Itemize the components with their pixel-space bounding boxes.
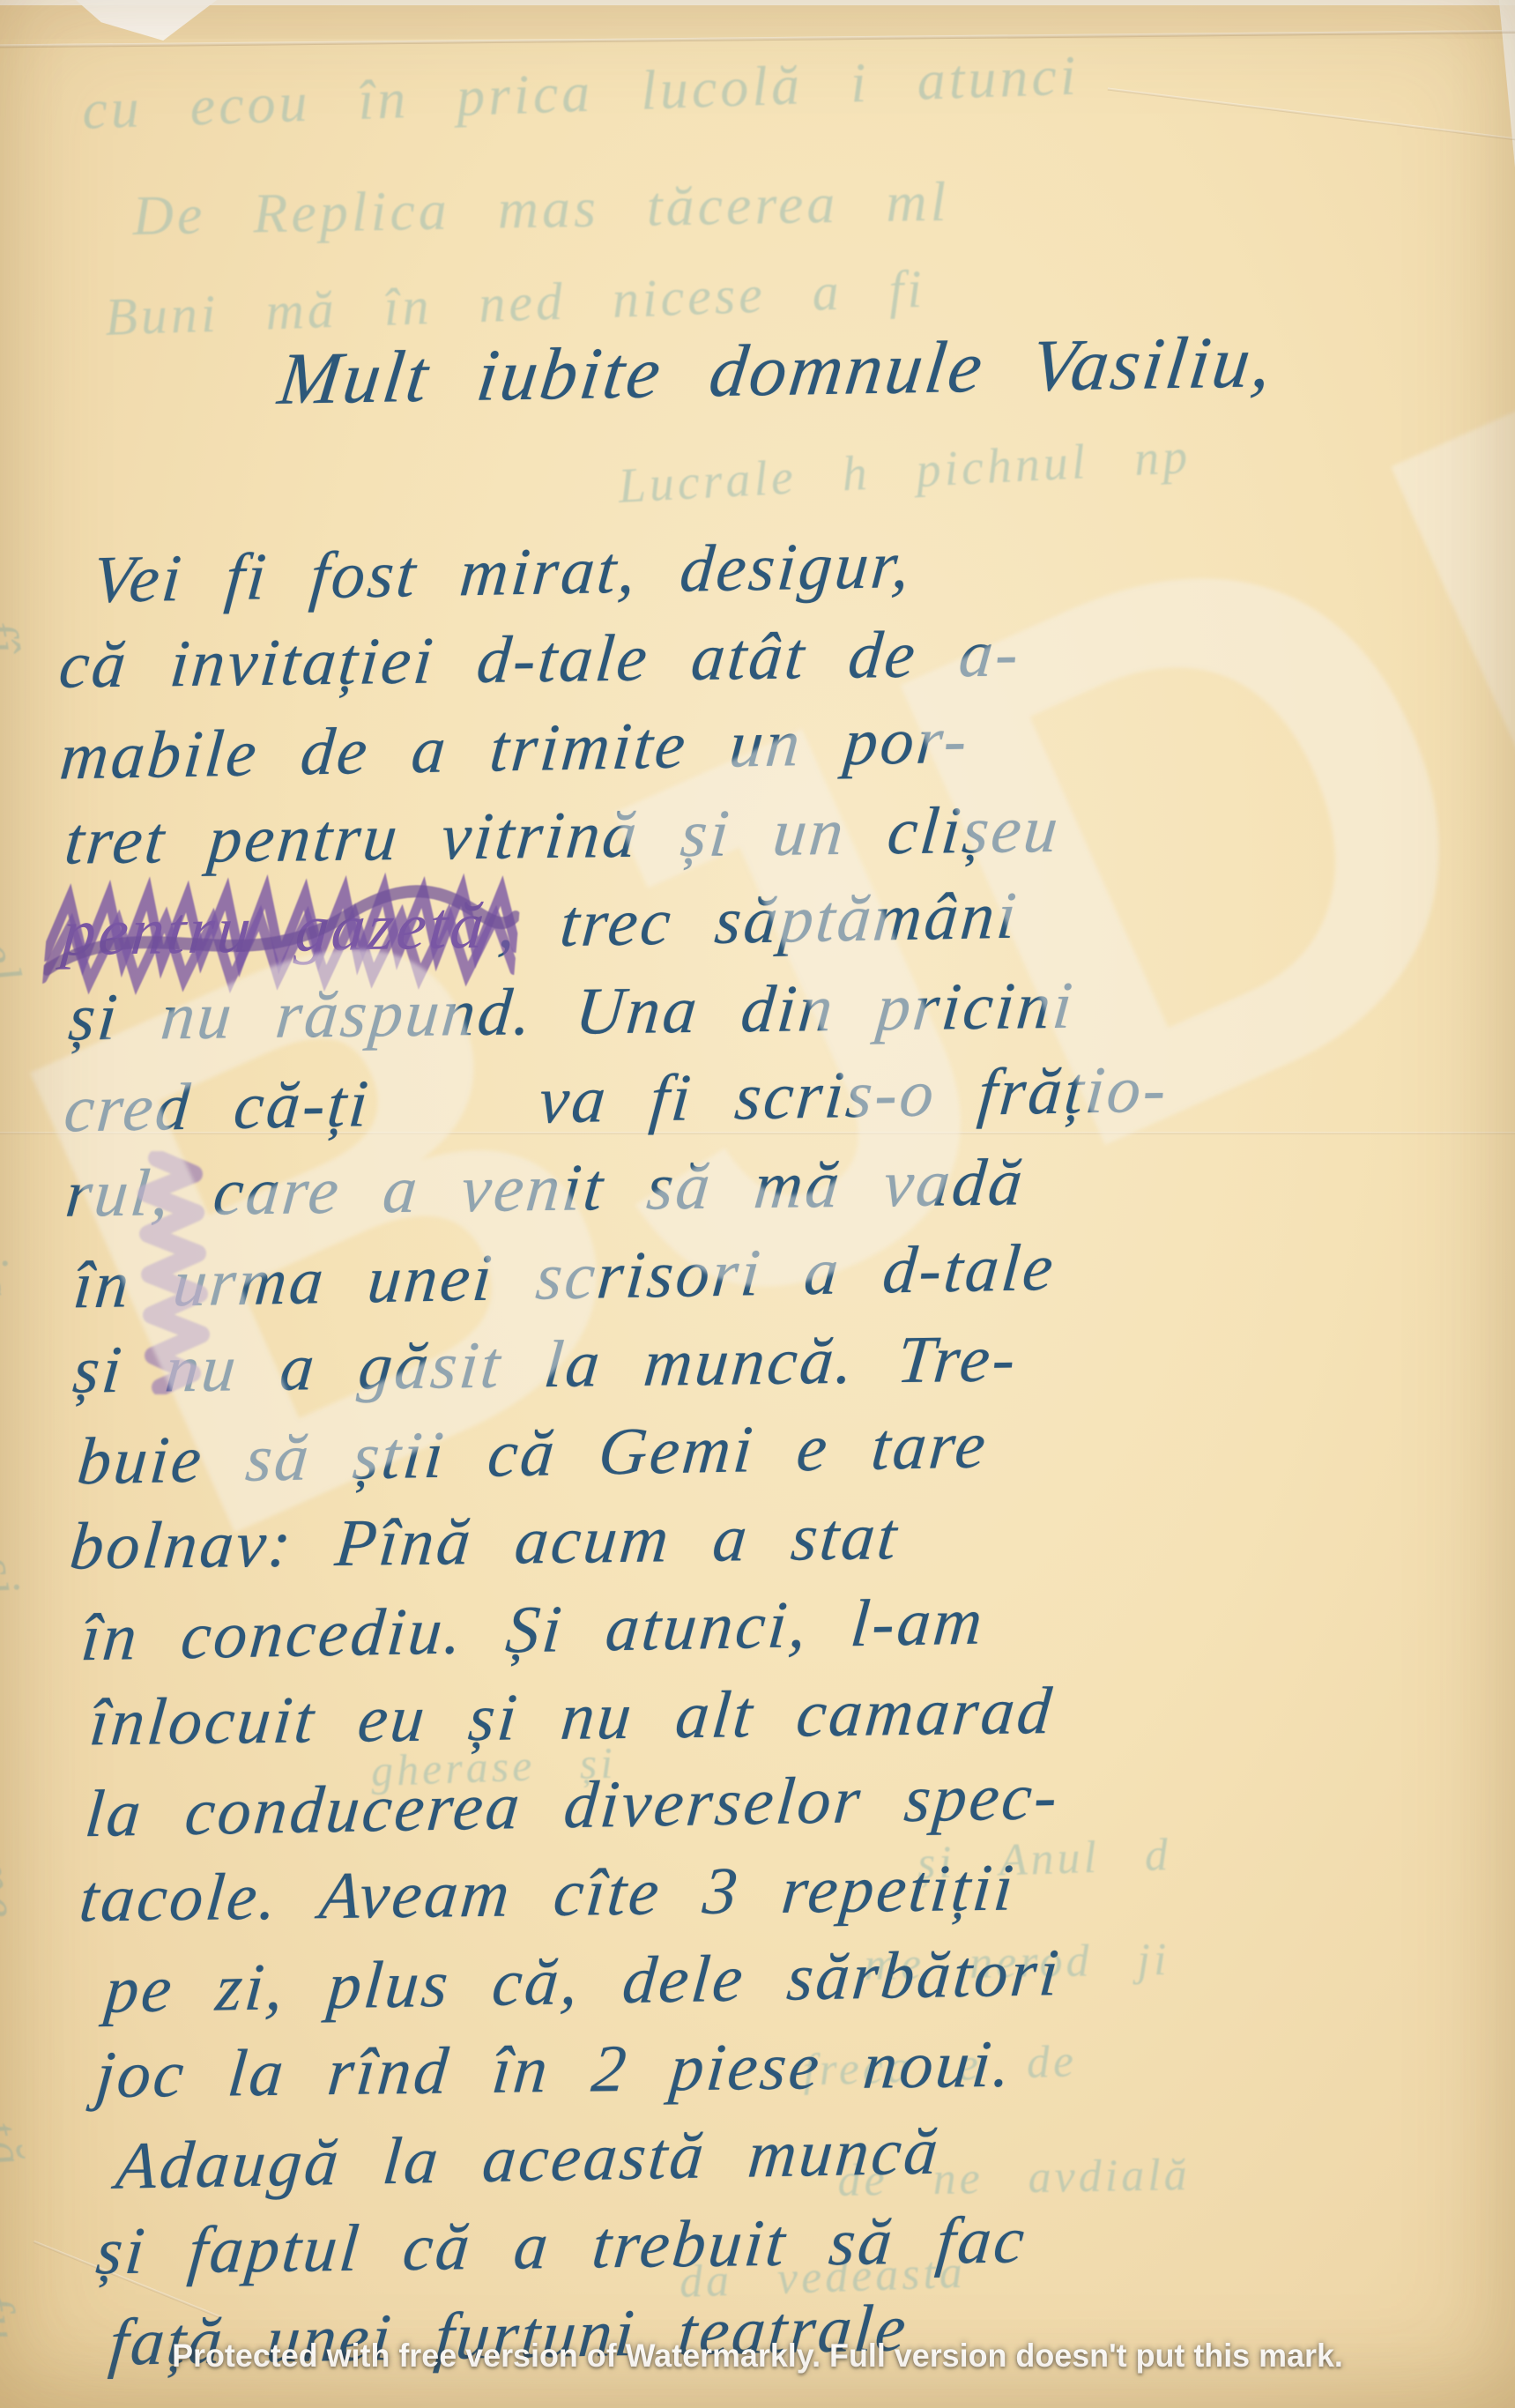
letter-line: cred că-ți va fi scris-o frățio- — [60, 1052, 1171, 1160]
letter-line: în concediu. Și atunci, l-am — [78, 1579, 1178, 1688]
purple-margin-scribble — [130, 1151, 215, 1394]
fold-crease-top-right — [1108, 88, 1515, 145]
scanned-letter-page: cu ecou în prica lucolă i atunci De Repl… — [0, 0, 1515, 2408]
ghost-line: De Replica mas tăcerea ml — [132, 169, 950, 249]
letter-line: mabile de a trimite un por- — [56, 699, 1168, 807]
letter-line: și faptul că a trebuit să fac — [92, 2200, 1185, 2301]
letter-line: și nu răspund. Una din pricini — [64, 966, 1170, 1067]
letter-line: pe zi, plus că, dele sărbători — [101, 1933, 1183, 2040]
ghost-margin-fragment: ja — [0, 1252, 25, 1304]
struck-words: pentru gazetă — [59, 887, 502, 971]
letter-line: tret pentru vitrină și un clișeu — [61, 790, 1169, 891]
letter-line: bolnav: Pînă acum a stat — [66, 1495, 1177, 1596]
letter-body: Vei fi fost mirat, desigur, că invitație… — [57, 525, 1183, 2389]
greeting-line: Mult iubite domnule Vasiliu, — [274, 319, 1279, 422]
letter-line: Adaugă la această muncă — [112, 2109, 1185, 2217]
letter-line: și nu a găsit la muncă. Tre- — [69, 1319, 1175, 1420]
watermarkly-caption: Protected with free version of Watermark… — [23, 2337, 1492, 2375]
letter-line: în urma unei scrisori a d-tale — [70, 1228, 1174, 1336]
letter-line: înlocuit eu și nu alt camarad — [85, 1671, 1179, 1773]
struck-text: pentru gazetă — [59, 888, 489, 970]
letter-line: joc la rînd în 2 piese noui. — [92, 2024, 1184, 2125]
letter-line: la conducerea diverselor spec- — [81, 1756, 1180, 1864]
ghost-line: Lucrale h pichnul np — [617, 428, 1192, 515]
letter-line: buie să știi că Gemi e tare — [73, 1404, 1176, 1512]
letter-line: tacole. Aveam cîte 3 repetiții — [76, 1847, 1182, 1949]
letter-line: rul, care a venit să mă vadă — [62, 1142, 1173, 1244]
ghost-margin-fragment: fî — [0, 617, 33, 662]
letter-line: Vei fi fost mirat, desigur, — [89, 523, 1165, 630]
letter-line-rest: , trec săptămâni — [495, 879, 1021, 962]
letter-line-struck: pentru gazetă , trec săptămâni — [58, 875, 1170, 984]
letter-line: că invitației d-tale atât de a- — [55, 613, 1166, 715]
ghost-margin-fragment: și — [0, 1551, 33, 1604]
ghost-line: cu ecou în prica lucolă i atunci — [81, 43, 1081, 143]
scanner-edge-top — [0, 0, 1515, 5]
ghost-margin-fragment: ță — [0, 2115, 38, 2175]
ghost-margin-fragment: el — [0, 934, 34, 992]
ghost-margin-fragment: me — [0, 1851, 31, 1925]
